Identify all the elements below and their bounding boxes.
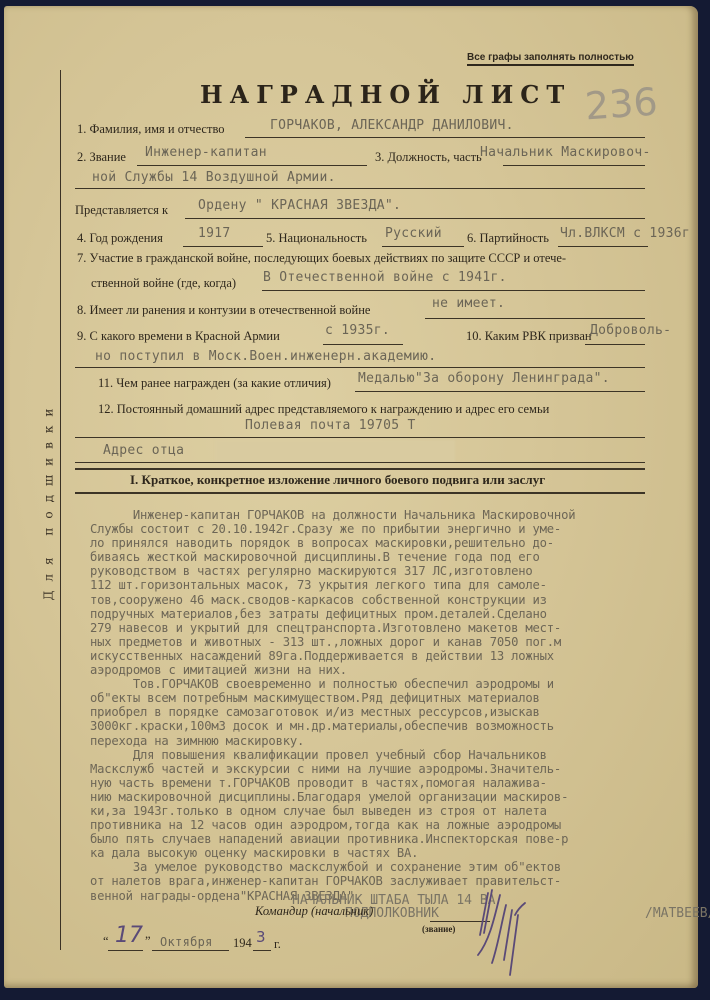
archive-number: 236 xyxy=(584,80,659,129)
section-1-heading: I. Краткое, конкретное изложение личного… xyxy=(130,472,545,488)
top-note: Все графы заполнять полностью xyxy=(467,52,634,66)
field-6-label: 6. Партийность xyxy=(467,231,549,246)
field-9-value: с 1935г. xyxy=(325,323,390,338)
redacted-address xyxy=(215,440,455,462)
body-line: ную часть времени т.ГОРЧАКОВ проводит в … xyxy=(90,776,695,790)
body-line: 3000кг.краски,100м3 досок и мн.др.матери… xyxy=(90,719,695,733)
date-month: Октября xyxy=(160,935,213,949)
field-7-label: 7. Участие в гражданской войне, последую… xyxy=(77,251,566,266)
field-4-value: 1917 xyxy=(198,226,231,241)
binding-margin-line xyxy=(60,70,61,950)
body-line: Маскслужб частей и экскурсии с ними на л… xyxy=(90,762,695,776)
date-day: 17 xyxy=(115,923,143,948)
field-12-value2: Адрес отца xyxy=(103,443,184,458)
rank-caption: (звание) xyxy=(422,924,455,934)
nominated-label: Представляется к xyxy=(75,203,168,218)
field-9-label: 9. С какого времени в Красной Армии xyxy=(77,329,280,344)
body-line: руководством в частях регулярно маскирую… xyxy=(90,564,695,578)
body-line: подручных материалов,без затраты дефицит… xyxy=(90,607,695,621)
body-line: приобрел в порядке самозаготовок и/из ме… xyxy=(90,705,695,719)
body-line: от налетов врага,инженер-капитан ГОРЧАКО… xyxy=(90,874,695,888)
field-8-value: не имеет. xyxy=(432,296,505,311)
field-12-value: Полевая почта 19705 Т xyxy=(245,418,416,433)
field-1-label: 1. Фамилия, имя и отчество xyxy=(77,122,225,137)
field-5-value: Русский xyxy=(385,226,442,241)
body-line: ло принялся наводить порядок в вопросах … xyxy=(90,536,695,550)
field-10-value: Доброволь- xyxy=(590,323,671,338)
field-2-value: Инженер-капитан xyxy=(145,145,267,160)
body-line: Тов.ГОРЧАКОВ своевременно и полностью об… xyxy=(90,677,695,691)
date-year-suffix: 3 xyxy=(256,928,266,946)
date-year-prefix: 194 xyxy=(233,936,252,951)
binding-label: Для подшивки xyxy=(38,370,58,630)
body-line: искусственных насаждений 89га.Поддержива… xyxy=(90,649,695,663)
field-7-value: В Отечественной войне с 1941г. xyxy=(263,270,507,285)
field-2-label: 2. Звание xyxy=(77,150,126,165)
body-line: аэродромов с имитацией жизни на них. xyxy=(90,663,695,677)
date-suffix: г. xyxy=(274,937,281,952)
body-line: противника на 12 часов один аэродром,тог… xyxy=(90,818,695,832)
body-line: ки,за 1943г.только в одном случае был вы… xyxy=(90,804,695,818)
page-title: НАГРАДНОЙ ЛИСТ xyxy=(200,80,571,109)
body-line: нию маскировочной дисциплины.Благодаря у… xyxy=(90,790,695,804)
field-6-value: Чл.ВЛКСМ с 1936г xyxy=(560,226,690,241)
body-line: было пять случаев нападений авиации прот… xyxy=(90,832,695,846)
field-11-label: 11. Чем ранее награжден (за какие отличи… xyxy=(98,376,331,391)
signatory-name: /МАТВЕЕВ/ xyxy=(645,906,710,921)
field-3-value: Начальник Маскировоч- xyxy=(480,145,651,160)
signature-mark xyxy=(470,885,540,990)
commander-label: Командир (начальник) xyxy=(255,904,373,919)
section-1-body: Инженер-капитан ГОРЧАКОВ на должности На… xyxy=(90,508,695,903)
body-line: Инженер-капитан ГОРЧАКОВ на должности На… xyxy=(90,508,695,522)
field-10-label: 10. Каким РВК призван xyxy=(466,329,592,344)
nominated-value: Ордену " КРАСНАЯ ЗВЕЗДА". xyxy=(198,198,401,213)
binding-label-text: Для подшивки xyxy=(41,400,55,601)
body-line: 279 навесов и укрытий для спецтранспорта… xyxy=(90,621,695,635)
date-open-quote: “ xyxy=(103,934,109,949)
body-line: Службы состоит с 20.10.1942г.Сразу же по… xyxy=(90,522,695,536)
body-line: об"екты всем потребным маскимуществом.Ря… xyxy=(90,691,695,705)
date-close-quote: ” xyxy=(145,934,151,949)
body-line: ка дала высокую оценку маскировки в част… xyxy=(90,846,695,860)
field-3-value-cont: ной Службы 14 Воздушной Армии. xyxy=(92,170,336,185)
body-line: За умелое руководство маскслужбой и сохр… xyxy=(90,860,695,874)
body-line: 112 шт.горизонтальных масок, 73 укрытия … xyxy=(90,578,695,592)
field-3-label: 3. Должность, часть xyxy=(375,150,482,165)
body-line: Для повышения квалификации провел учебны… xyxy=(90,748,695,762)
field-10-value-cont: но поступил в Моск.Воен.инженерн.академи… xyxy=(95,349,436,364)
field-11-value: Медалью"За оборону Ленинграда". xyxy=(358,371,610,386)
field-1-value: ГОРЧАКОВ, АЛЕКСАНДР ДАНИЛОВИЧ. xyxy=(270,118,514,133)
field-8-label: 8. Имеет ли ранения и контузии в отечест… xyxy=(77,303,370,318)
field-7-label-cont: ственной войне (где, когда) xyxy=(91,276,236,291)
body-line: тов,сооружено 46 маск.сводов-каркасов со… xyxy=(90,593,695,607)
body-line: биваясь жесткой маскировочной дисциплины… xyxy=(90,550,695,564)
field-12-label: 12. Постоянный домашний адрес представля… xyxy=(98,402,549,417)
body-line: ных предметов и животных - 313 шт.,ложны… xyxy=(90,635,695,649)
field-4-label: 4. Год рождения xyxy=(77,231,163,246)
body-line: перехода на зимнюю маскировку. xyxy=(90,734,695,748)
field-5-label: 5. Национальность xyxy=(266,231,367,246)
